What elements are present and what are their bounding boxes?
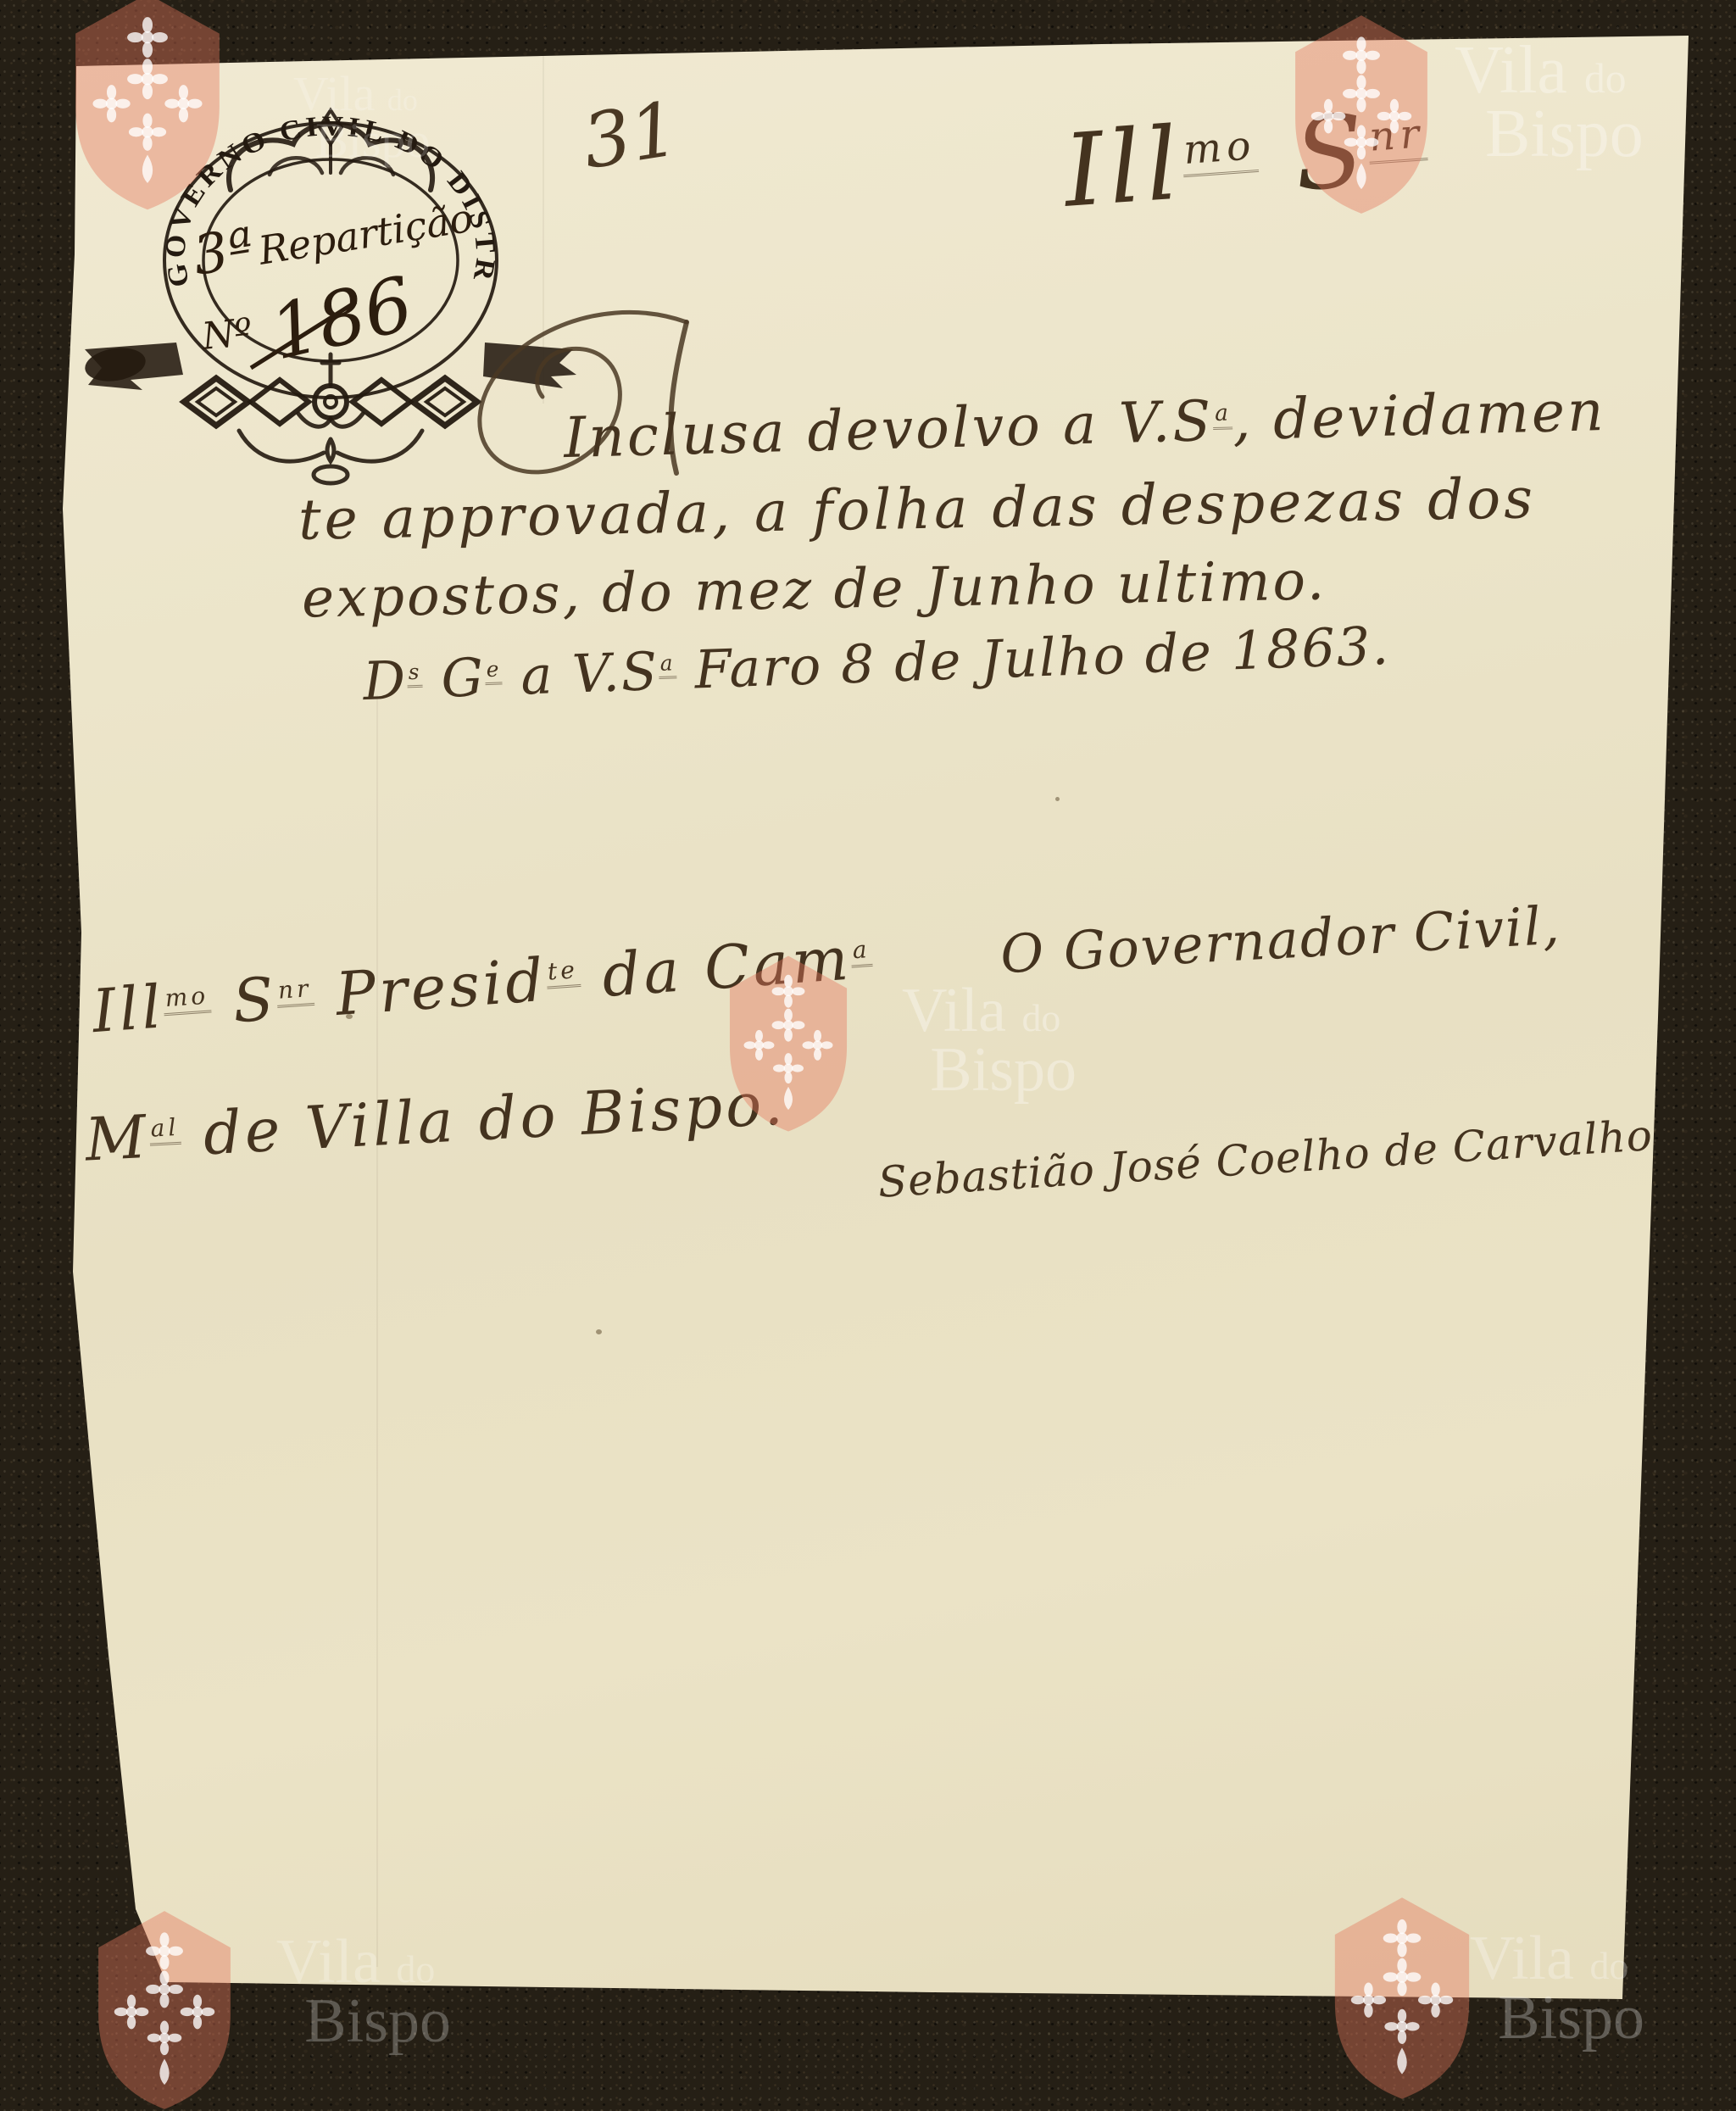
closing-title: O Governador Civil, (999, 900, 1562, 982)
watermark-text: Vila do Bispo (276, 1933, 451, 2051)
signature: Sebastião José Coelho de Carvalho (876, 1114, 1654, 1204)
watermark-shield-icon (49, 0, 246, 215)
watermark-shield-icon (1310, 1892, 1494, 2104)
watermark-text: Vila do Bispo (1470, 1930, 1644, 2047)
watermark-shield-icon (709, 951, 868, 1136)
stamp-number: 186 (263, 259, 421, 376)
stamp-number-label: Nº (199, 310, 254, 359)
watermark-text: Vila do Bispo (1455, 39, 1644, 166)
letter-paper: GOVERNO CIVIL DO DISTRICTO DE FARO 3ªRep… (0, 0, 1736, 2111)
fold-crease-left (376, 695, 378, 1967)
watermark-text: Vila do Bispo (293, 71, 430, 164)
body-line-4-dateline: Ds Ge a V.Sa Faro 8 de Julho de 1863. (362, 620, 1391, 708)
folio-number: 31 (578, 92, 683, 180)
addressee-line-2: Mal de Villa do Bispo. (84, 1073, 787, 1169)
body-line-3: expostos, do mez de Junho ultimo. (302, 554, 1327, 626)
watermark-shield-icon (73, 1906, 256, 2111)
body-line-1: Inclusa devolvo a V.Sa, devidamen (563, 383, 1606, 466)
watermark-shield-icon (1273, 10, 1449, 219)
watermark-text: Vila do Bispo (902, 982, 1077, 1100)
scanned-document-page: GOVERNO CIVIL DO DISTRICTO DE FARO 3ªRep… (0, 0, 1736, 2111)
